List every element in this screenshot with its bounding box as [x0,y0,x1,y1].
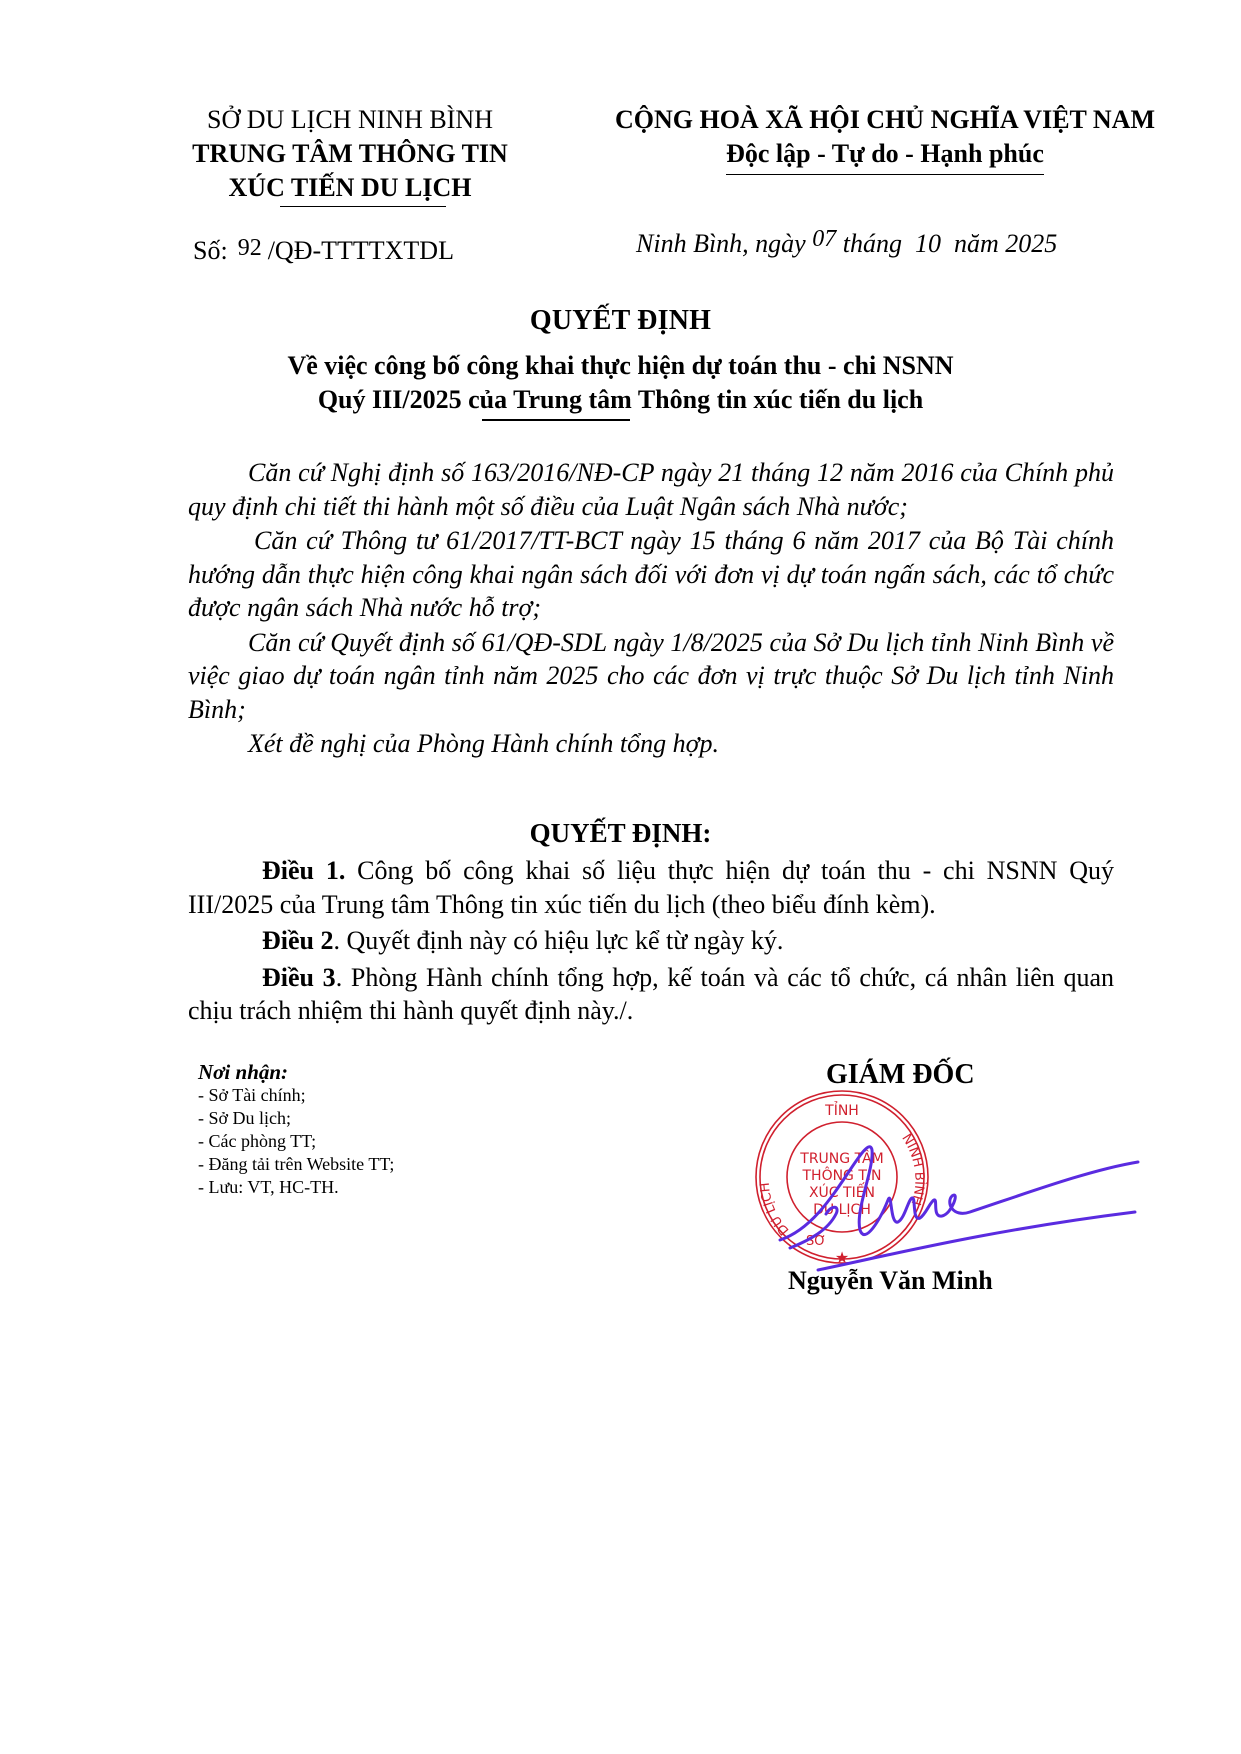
recipient-item: - Các phòng TT; [198,1130,394,1153]
legal-basis-item: Căn cứ Quyết định số 61/QĐ-SDL ngày 1/8/… [188,626,1114,727]
recipient-item: - Đăng tải trên Website TT; [198,1153,394,1176]
recipient-item: - Sở Du lịch; [198,1107,394,1130]
document-title: QUYẾT ĐỊNH [0,305,1241,337]
document-number-prefix: Số: [193,236,228,265]
article-label: Điều 1. [262,856,345,885]
national-motto: Độc lập - Tự do - Hạnh phúc [726,137,1044,171]
subject-underline [482,419,630,421]
subject-line2: Quý III/2025 của Trung tâm Thông tin xúc… [0,383,1241,417]
recipient-item: - Lưu: VT, HC-TH. [198,1176,394,1199]
article-3: Điều 3. Phòng Hành chính tổng hợp, kế to… [188,961,1114,1028]
organization-name-line2: XÚC TIẾN DU LỊCH [229,171,472,205]
signer-name: Nguyễn Văn Minh [788,1266,993,1296]
date-prefix: Ninh Bình, ngày [636,229,812,258]
legal-basis: Căn cứ Nghị định số 163/2016/NĐ-CP ngày … [188,456,1114,762]
recipients: Nơi nhận: - Sở Tài chính; - Sở Du lịch; … [198,1060,394,1199]
national-header: CỘNG HOÀ XÃ HỘI CHỦ NGHĨA VIỆT NAM Độc l… [585,103,1185,171]
stamp-top-text: TỈNH [824,1101,859,1119]
article-label: Điều 2 [262,926,334,955]
document-number: Số:92/QĐ-TTTTXTDL [193,236,454,266]
subject-line1: Về việc công bố công khai thực hiện dự t… [0,349,1241,383]
place-date: Ninh Bình, ngày 07 tháng 10 năm 2025 [636,229,1057,259]
article-1: Điều 1. Công bố công khai số liệu thực h… [188,854,1114,921]
legal-basis-item: Xét đề nghị của Phòng Hành chính tổng hợ… [188,727,1114,761]
article-text: . Quyết định này có hiệu lực kể từ ngày … [334,926,784,955]
date-rest: tháng 10 năm 2025 [836,229,1057,258]
document-number-suffix: /QĐ-TTTTXTDL [268,236,454,265]
decision-heading: QUYẾT ĐỊNH: [0,818,1241,849]
organization-name-line2-text: XÚC TIẾN DU LỊCH [229,173,472,202]
issuing-organization: SỞ DU LỊCH NINH BÌNH TRUNG TÂM THÔNG TIN… [150,103,550,205]
motto-underline [726,174,1044,176]
document-number-value: 92 [238,235,262,261]
date-day: 07 [812,226,836,252]
header-left-underline [280,206,447,208]
country-name: CỘNG HOÀ XÃ HỘI CHỦ NGHĨA VIỆT NAM [585,103,1185,137]
parent-organization: SỞ DU LỊCH NINH BÌNH [150,103,550,137]
article-2: Điều 2. Quyết định này có hiệu lực kể từ… [188,924,1114,958]
recipient-item: - Sở Tài chính; [198,1084,394,1107]
national-motto-text: Độc lập - Tự do - Hạnh phúc [726,139,1044,168]
recipients-title: Nơi nhận: [198,1060,394,1084]
handwritten-signature [770,1130,1150,1280]
article-label: Điều 3 [262,963,336,992]
legal-basis-item: Căn cứ Nghị định số 163/2016/NĐ-CP ngày … [188,456,1114,523]
organization-name-line1: TRUNG TÂM THÔNG TIN [150,137,550,171]
articles: Điều 1. Công bố công khai số liệu thực h… [188,854,1114,1031]
legal-basis-item: Căn cứ Thông tư 61/2017/TT-BCT ngày 15 t… [188,524,1114,625]
document-subject: Về việc công bố công khai thực hiện dự t… [0,349,1241,417]
